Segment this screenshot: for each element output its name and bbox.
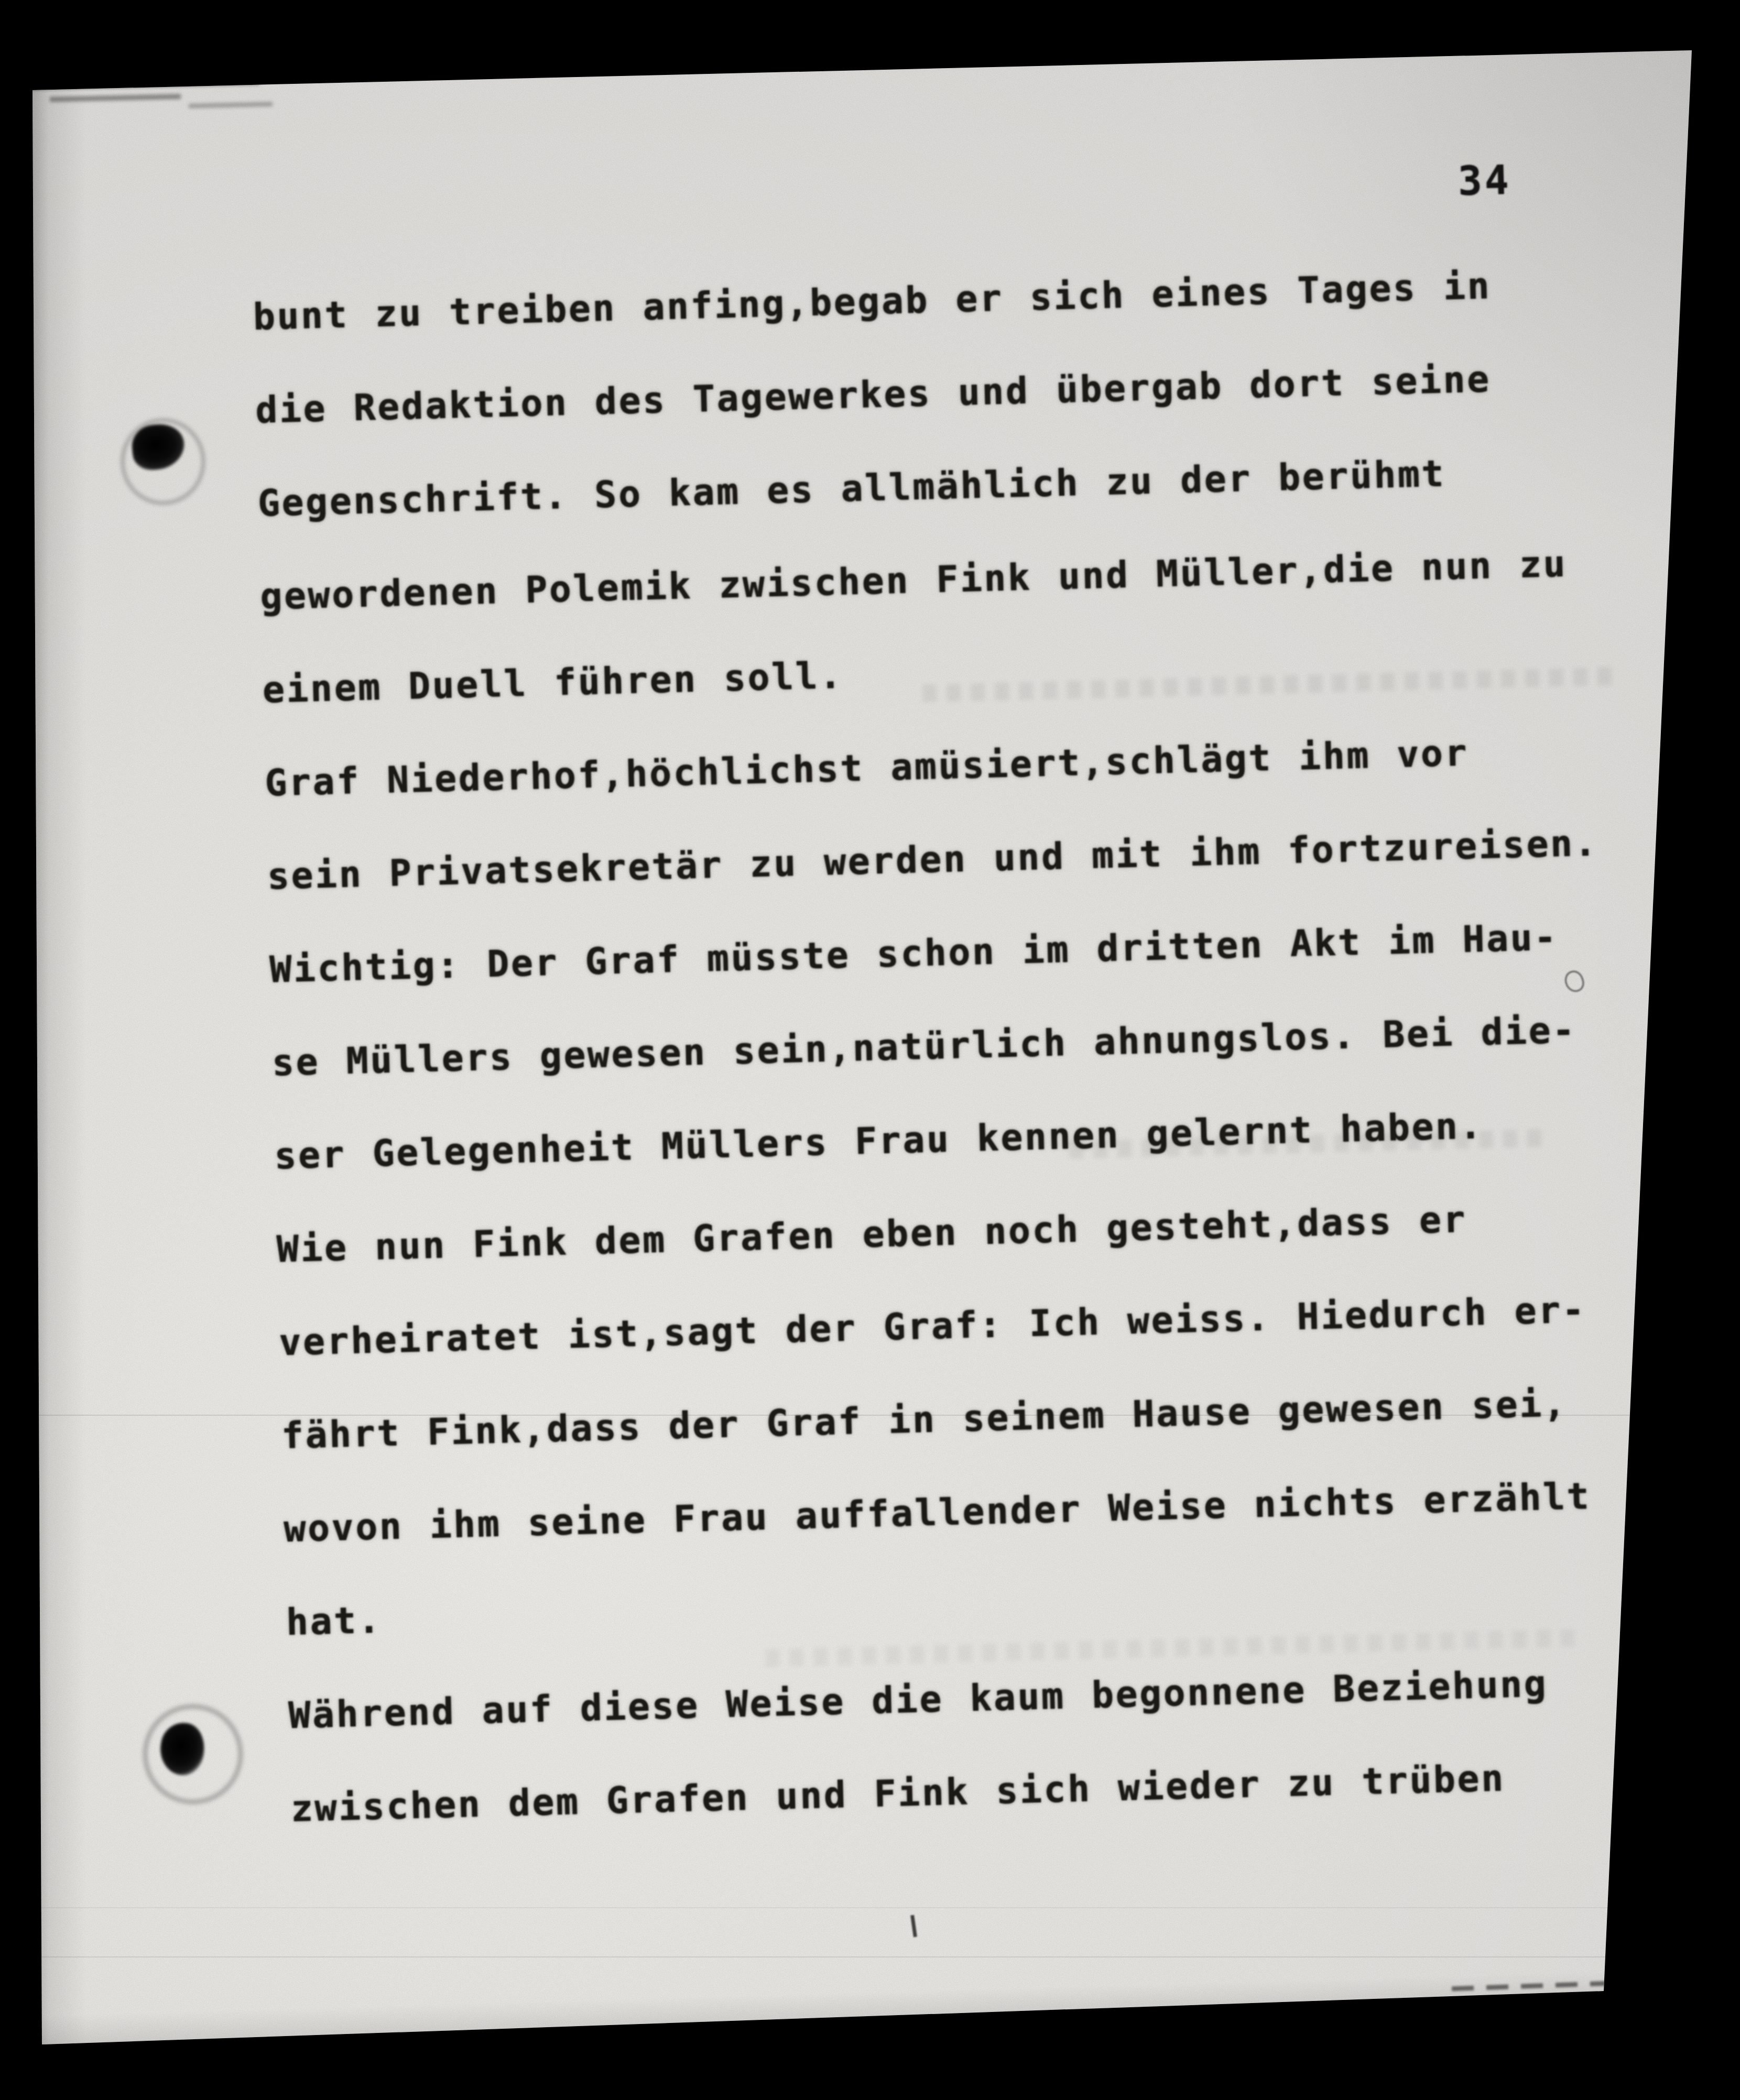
scanned-document-photo: { "document": { "page_number": "34", "li…	[0, 0, 1740, 2100]
typed-text-block: bunt zu treiben anfing,begab er sich ein…	[253, 260, 1740, 1974]
typed-line: verheiratet ist,sagt der Graf: Ich weiss…	[279, 1290, 1586, 1362]
typed-line: Wichtig: Der Graf müsste schon im dritte…	[269, 917, 1559, 989]
typed-line: zwischen dem Grafen und Fink sich wieder…	[290, 1758, 1505, 1828]
typed-line: die Redaktion des Tagewerkes und übergab…	[255, 359, 1492, 430]
paper-sheet: 34 bunt zu treiben anfing,begab er sich …	[0, 0, 1740, 2100]
typed-line: ser Gelegenheit Müllers Frau kennen gele…	[274, 1106, 1484, 1175]
typed-line: Gegenschrift. So kam es allmählich zu de…	[257, 454, 1446, 523]
typed-line: sein Privatsekretär zu werden und mit ih…	[267, 823, 1598, 895]
page-number: 34	[1458, 157, 1512, 204]
typed-line: Graf Niederhof,höchlichst amüsiert,schlä…	[265, 734, 1469, 803]
typed-line: einem Duell führen soll.	[262, 656, 844, 709]
typed-line: fährt Fink,dass der Graf in seinem Hause…	[281, 1384, 1568, 1455]
typed-line: Während auf diese Weise die kaum begonne…	[288, 1664, 1548, 1735]
typed-line: Wie nun Fink dem Grafen eben noch gesteh…	[276, 1200, 1467, 1268]
typed-line: hat.	[286, 1601, 382, 1642]
typed-line: gewordenen Polemik zwischen Fink und Mül…	[260, 544, 1568, 616]
typed-line: wovon ihm seine Frau auffallender Weise …	[284, 1476, 1591, 1548]
typed-line: se Müllers gewesen sein,natürlich ahnung…	[271, 1011, 1576, 1082]
